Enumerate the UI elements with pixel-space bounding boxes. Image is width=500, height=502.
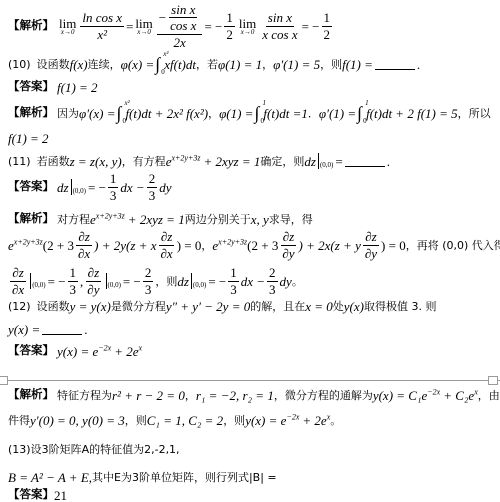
q13-question: (13)设3阶矩阵A的特征值为2,-2,1,: [8, 441, 180, 457]
fraction: 12: [322, 11, 333, 41]
separator-handle-right[interactable]: [488, 376, 498, 385]
analysis-label: 【解析】: [8, 213, 54, 225]
q13-answer: 【答案】 21: [8, 487, 67, 502]
fraction: 12: [224, 11, 235, 41]
limit: limx→0: [135, 17, 152, 36]
answer-blank: [375, 59, 415, 70]
q10-analysis: 【解析】 因为 φ′(x) = ∫x²0 f(t)dt + 2x² f(x²) …: [8, 104, 491, 122]
fraction: sin xx cos x: [260, 11, 299, 41]
answer-blank: [345, 156, 385, 167]
fraction: ln cos xx²: [80, 11, 124, 41]
q10-answer: 【答案】 f(1) = 2: [8, 79, 98, 95]
partial-fraction: ∂z∂y: [85, 266, 101, 296]
integral-sign: ∫10: [357, 104, 362, 122]
fraction: 13: [108, 172, 119, 202]
evaluation-bar: (0,0): [191, 273, 206, 289]
limit: limx→0: [239, 17, 256, 36]
fraction: 13: [228, 266, 239, 296]
integral-sign: ∫x²0: [155, 55, 160, 73]
q11-analysis: 【解析】 对方程 ex+2y+3z + 2xyz = 1 两边分别关于 x, y…: [8, 211, 313, 227]
q12-question: (12) 设函数 y = y(x) 是微分方程 y″ + y′ − 2y = 0…: [8, 298, 436, 314]
partial-fraction: ∂z∂y: [280, 230, 296, 260]
fraction: 23: [147, 172, 158, 202]
separator-handle-left[interactable]: [0, 376, 8, 385]
partial-fraction: ∂z∂x: [158, 230, 174, 260]
partial-fraction: ∂z∂x: [76, 230, 92, 260]
integral-sign: ∫10: [254, 104, 259, 122]
integral-sign: ∫x²0: [117, 104, 122, 122]
limit: limx→0: [59, 17, 76, 36]
analysis-label: 【解析】: [8, 389, 54, 401]
q12-analysis-cont: 件得 y′(0) = 0, y(0) = 3 ，则 C₁ = 1, C₂ = 2…: [8, 412, 341, 428]
partial-fraction: ∂z∂x: [10, 266, 26, 296]
answer-label: 【答案】: [8, 181, 54, 193]
answer-label: 【答案】: [8, 81, 54, 93]
q13-question-cont: B = A² − A + E, 其中E为3阶单位矩阵，则行列式|B| =: [8, 469, 277, 485]
nested-fraction: −sin xcos x 2x: [157, 3, 203, 50]
analysis-label: 【解析】: [8, 20, 54, 32]
q10-analysis-cont: f(1) = 2: [8, 130, 49, 146]
q12-answer: 【答案】 y(x) = e−2x + 2ex: [8, 343, 142, 359]
fraction: 13: [68, 266, 79, 296]
q11-question: (11) 若函数 z = z(x, y) ，有方程 ex+2y+3z + 2xy…: [8, 153, 390, 169]
answer-label: 【答案】: [8, 345, 54, 357]
evaluation-bar: (0,0): [106, 273, 121, 289]
q10-question: (10) 设函数 f(x) 连续， φ(x) = ∫x²0 xf(t)dt ，若…: [8, 56, 420, 72]
evaluation-bar: (0,0): [71, 179, 86, 195]
analysis-label: 【解析】: [8, 107, 54, 119]
answer-blank: [42, 324, 82, 335]
partial-fraction: ∂z∂y: [363, 230, 379, 260]
q12-question-cont: y(x) = .: [8, 321, 87, 337]
page-separator: [0, 380, 500, 381]
q11-answer: 【答案】 dz (0,0) = − 13 dx − 23 dy: [8, 173, 171, 201]
answer-label: 【答案】: [8, 489, 54, 501]
q11-analysis-derivs: ex+2y+3z (2 + 3 ∂z∂x ) + 2y(z + x ∂z∂x )…: [8, 231, 500, 259]
fraction: 23: [267, 266, 278, 296]
evaluation-bar: (0,0): [318, 153, 333, 169]
evaluation-bar: (0,0): [30, 273, 45, 289]
q11-analysis-result: ∂z∂x (0,0) = − 13 , ∂z∂y (0,0) = − 23 ，则…: [8, 267, 303, 295]
q12-analysis: 【解析】 特征方程为 r² + r − 2 = 0 ， r₁ = −2, r₂ …: [8, 387, 500, 403]
fraction: 23: [143, 266, 154, 296]
q9-analysis: 【解析】 limx→0 ln cos xx² = limx→0 −sin xco…: [8, 6, 334, 46]
